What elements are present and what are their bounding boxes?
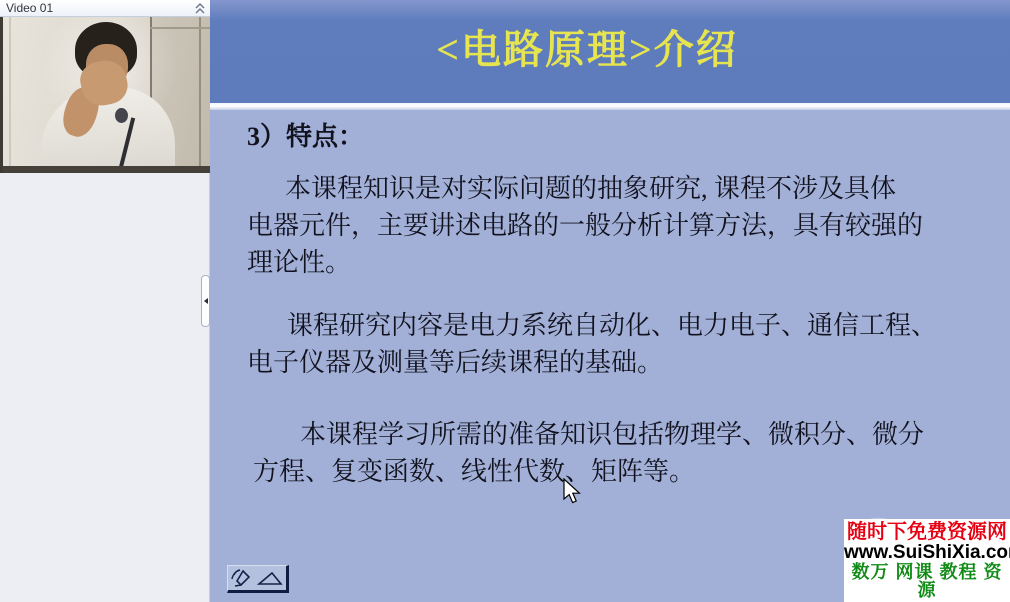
wall-edge-line [9, 17, 11, 173]
collapse-left-arrow-icon [204, 298, 208, 304]
door-top-line [150, 27, 210, 29]
video-feed [0, 17, 210, 173]
chevron-double-up-icon[interactable] [195, 3, 205, 14]
header-divider [210, 103, 1010, 110]
video-title: Video 01 [6, 1, 53, 15]
slide-paragraph-3: 本课程学习所需的准备知识包括物理学、微积分、微分 方程、复变函数、线性代数、矩阵… [247, 416, 924, 490]
watermark-line-1: 随时下免费资源网 [844, 522, 1010, 543]
microphone-head [115, 108, 128, 123]
watermark-line-3: 数万 网课 教程 资源 [844, 563, 1010, 600]
video-bottom-edge [3, 166, 210, 173]
slide-text-line: 理论性。 [247, 244, 923, 281]
slide-text-line: 课程研究内容是电力系统自动化、电力电子、通信工程、 [247, 307, 937, 344]
door-frame-line-2 [199, 17, 201, 173]
app-window: Video 01 [0, 0, 1010, 602]
slide-paragraph-2: 课程研究内容是电力系统自动化、电力电子、通信工程、 电子仪器及测量等后续课程的基… [247, 307, 937, 381]
triangle-icon [256, 568, 284, 588]
slide-text-line: 本课程知识是对实际问题的抽象研究, 课程不涉及具体 [247, 170, 923, 207]
watermark: 随时下免费资源网 www.SuiShiXia.com 数万 网课 教程 资源 [844, 519, 1010, 602]
panel-collapse-handle[interactable] [201, 275, 210, 327]
slide-text-line: 本课程学习所需的准备知识包括物理学、微积分、微分 [247, 416, 924, 453]
pointer-tool-button[interactable] [256, 568, 284, 588]
watermark-line-2: www.SuiShiXia.com [844, 543, 1010, 563]
slide-heading: 3）特点： [247, 116, 364, 153]
slide-title: <电路原理>介绍 [210, 0, 987, 100]
pen-icon [230, 566, 254, 590]
annotation-toolbar [227, 565, 289, 593]
pen-tool-button[interactable] [230, 566, 254, 590]
slide-paragraph-1: 本课程知识是对实际问题的抽象研究, 课程不涉及具体 电器元件，主要讲述电路的一般… [247, 170, 923, 281]
video-window: Video 01 [0, 0, 210, 174]
video-titlebar[interactable]: Video 01 [0, 0, 210, 17]
slide-text-line: 方程、复变函数、线性代数、矩阵等。 [247, 453, 924, 490]
left-panel: Video 01 [0, 0, 210, 602]
slide-header: <电路原理>介绍 [210, 0, 1010, 103]
slide-text-line: 电器元件，主要讲述电路的一般分析计算方法，具有较强的 [247, 207, 923, 244]
slide-area: <电路原理>介绍 3）特点： 本课程知识是对实际问题的抽象研究, 课程不涉及具体… [210, 0, 1010, 602]
mouse-cursor-icon [563, 478, 583, 508]
slide-text-line: 电子仪器及测量等后续课程的基础。 [247, 344, 937, 381]
